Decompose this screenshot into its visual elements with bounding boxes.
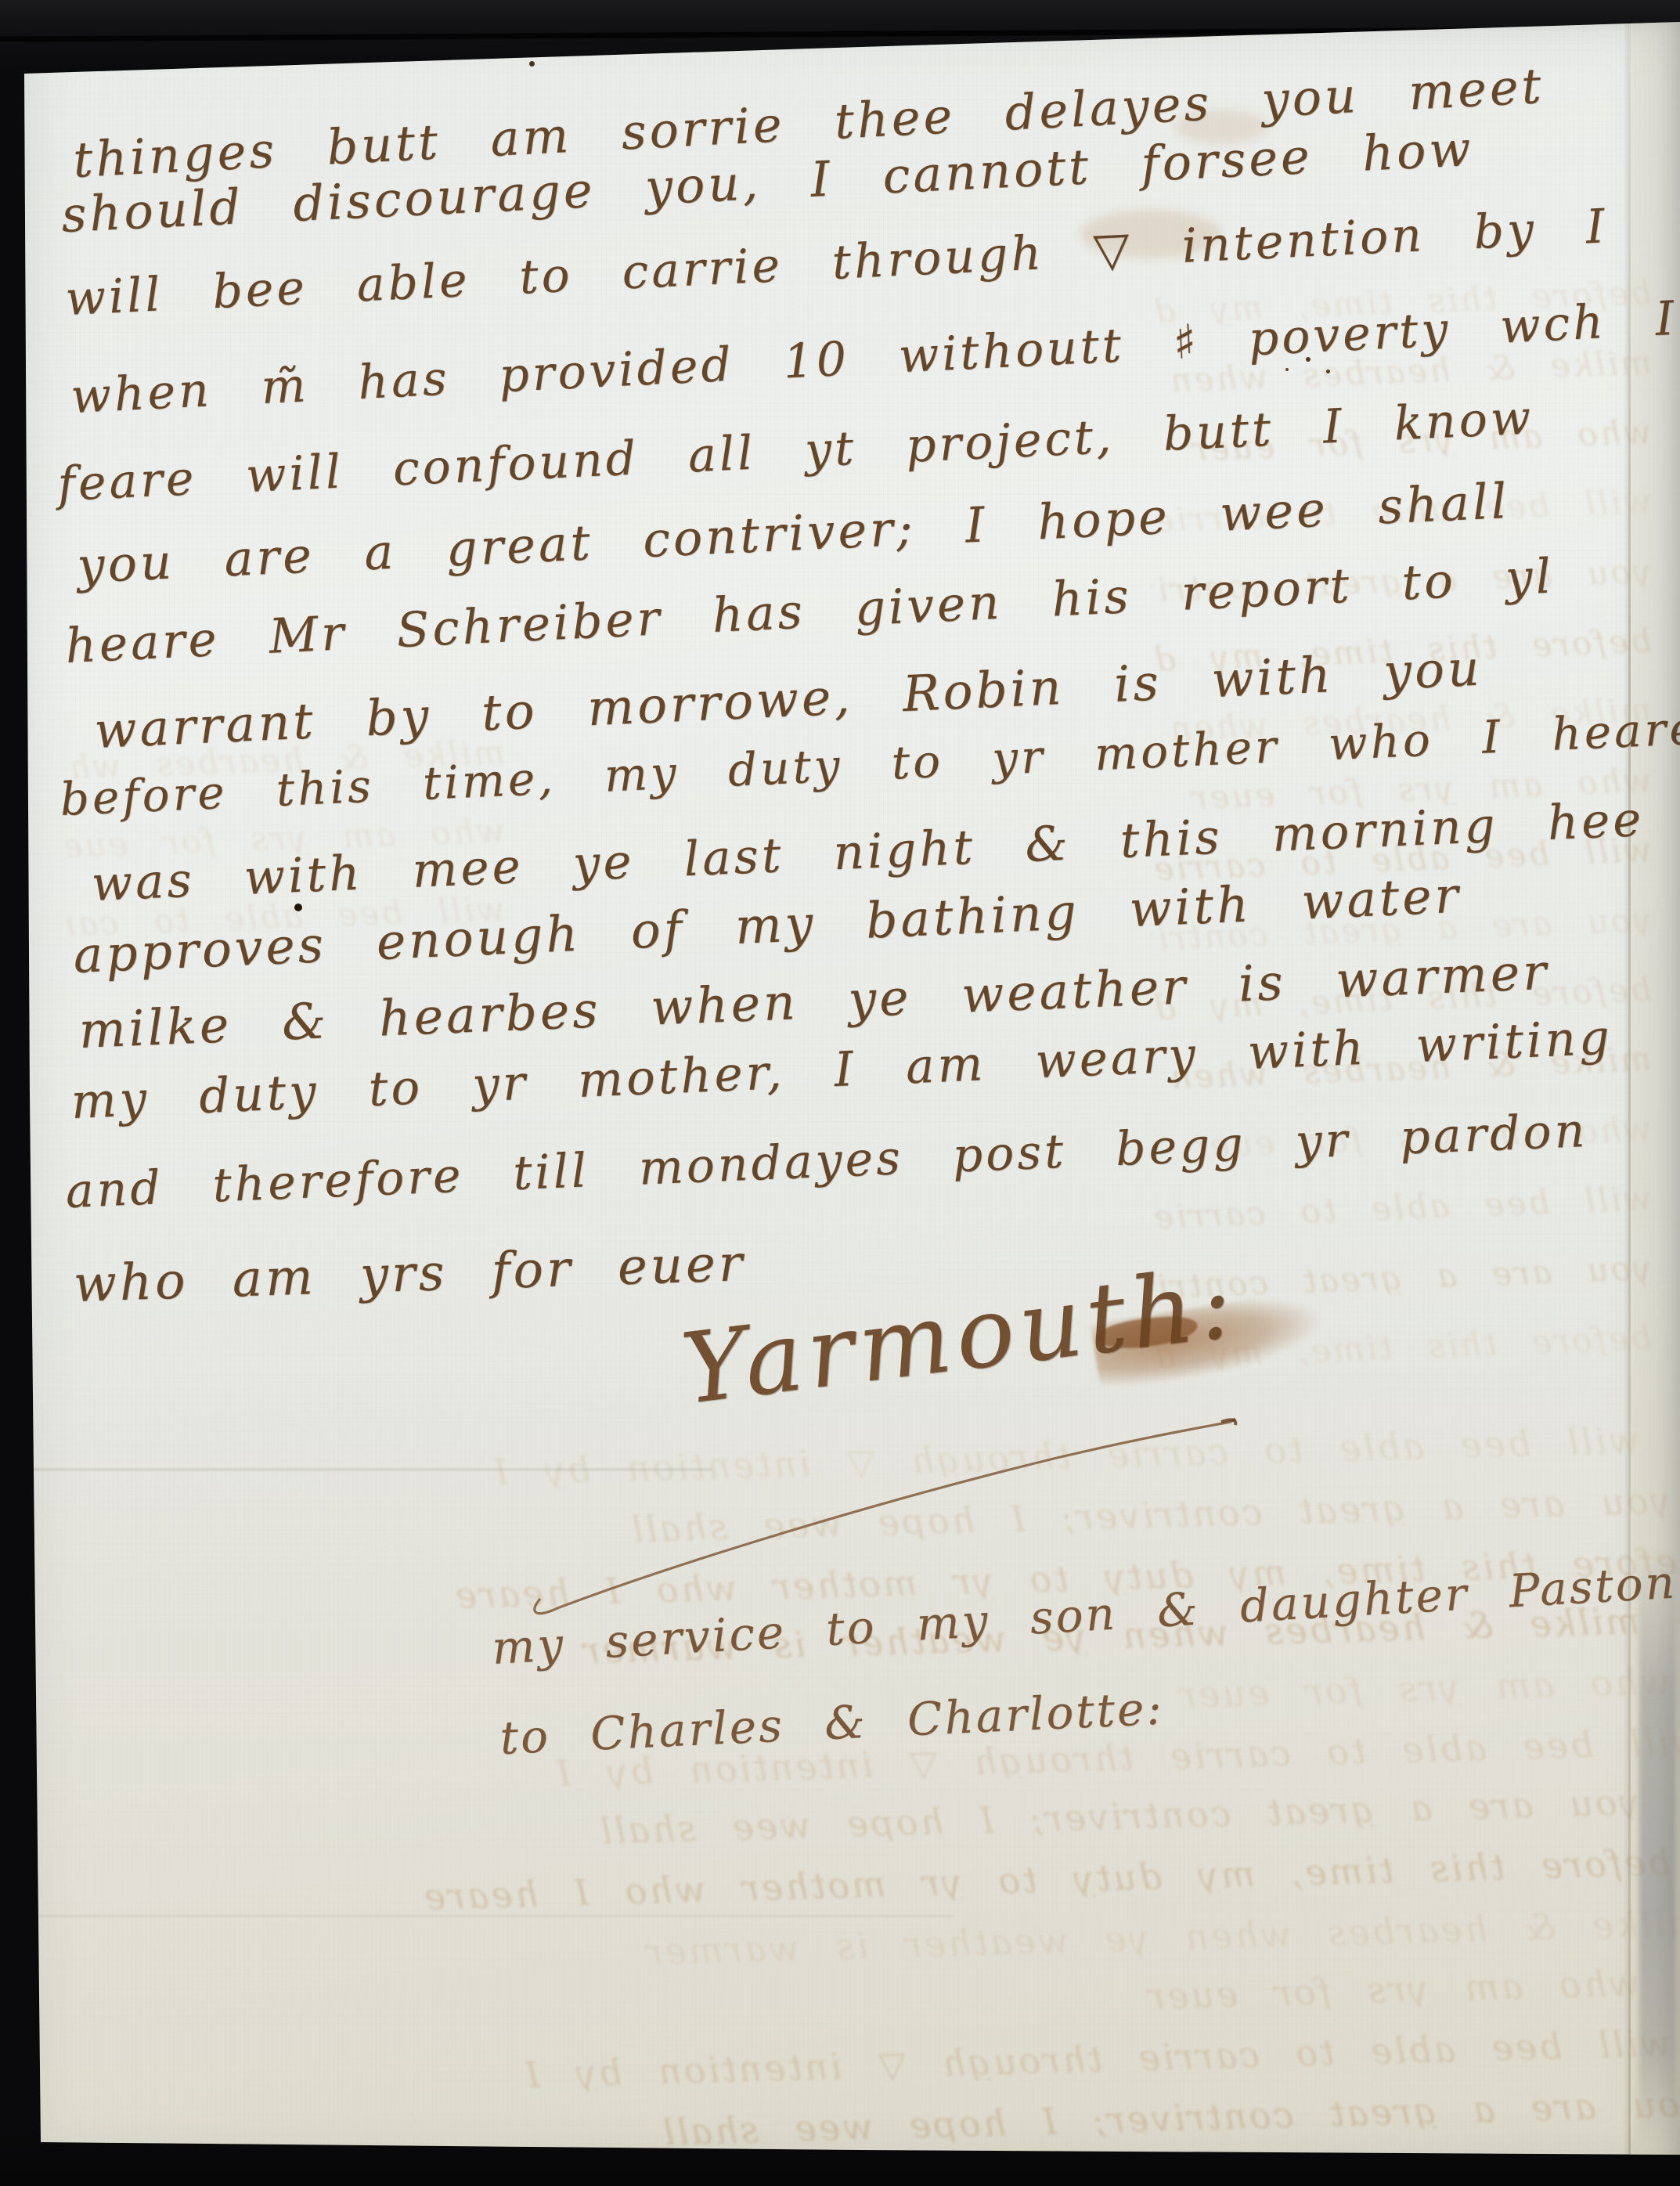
letter-page: will bee able to carrie through ▽ intent…	[0, 0, 1680, 2186]
scan-background: will bee able to carrie through ▽ intent…	[0, 0, 1680, 2186]
edge-vignette	[0, 0, 1680, 2186]
